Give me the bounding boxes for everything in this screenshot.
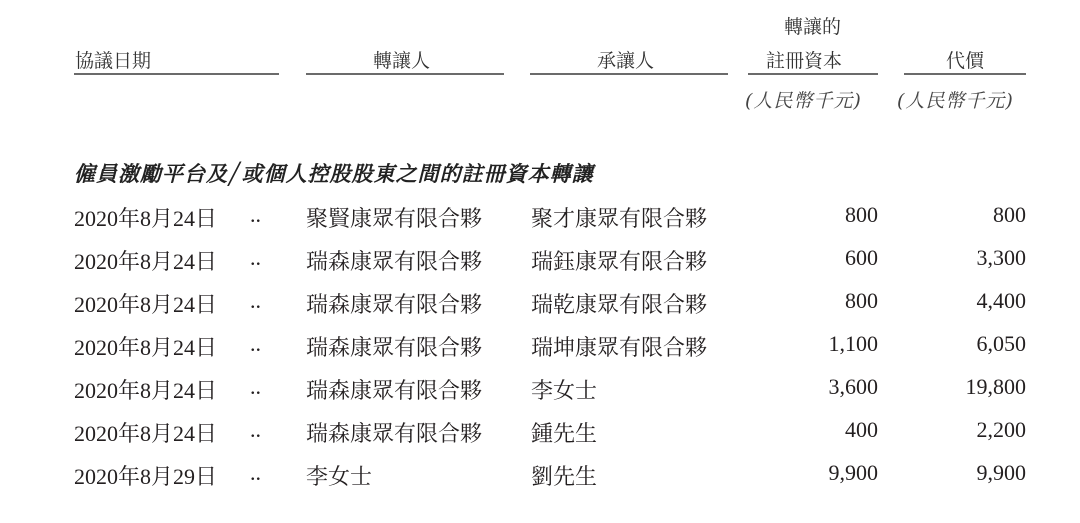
leader-dots: .. [250, 288, 261, 314]
cell-consideration: 19,800 [966, 374, 1027, 400]
leader-dots: .. [250, 460, 261, 486]
cell-transferor: 聚賢康眾有限合夥 [306, 202, 482, 233]
leader-dots: .. [250, 245, 261, 271]
cell-transferor: 李女士 [306, 460, 372, 491]
cell-transferor: 瑞森康眾有限合夥 [306, 331, 482, 362]
leader-dots: .. [250, 202, 261, 228]
cell-consideration: 3,300 [977, 245, 1027, 271]
header-rule-transferee [530, 73, 728, 75]
cell-date: 2020年8月24日 [74, 245, 217, 276]
cell-transferor: 瑞森康眾有限合夥 [306, 288, 482, 319]
leader-dots: .. [250, 417, 261, 443]
header-date: 協議日期 [75, 46, 151, 73]
header-rule-date [74, 73, 279, 75]
cell-registered-capital: 600 [845, 245, 878, 271]
header-transferee: 承讓人 [597, 46, 654, 73]
cell-date: 2020年8月24日 [74, 417, 217, 448]
section-title: 僱員激勵平台及╱或個人控股股東之間的註冊資本轉讓 [74, 158, 594, 188]
header-registered-capital-line1: 轉讓的 [784, 12, 841, 39]
header-consideration: 代價 [946, 46, 984, 73]
header-rule-registered-capital [748, 73, 878, 75]
cell-consideration: 6,050 [977, 331, 1027, 357]
cell-transferee: 瑞鈺康眾有限合夥 [531, 245, 707, 276]
header-rule-transferor [306, 73, 504, 75]
cell-date: 2020年8月24日 [74, 288, 217, 319]
leader-dots: .. [250, 374, 261, 400]
cell-registered-capital: 400 [845, 417, 878, 443]
cell-registered-capital: 800 [845, 202, 878, 228]
cell-registered-capital: 1,100 [829, 331, 879, 357]
cell-consideration: 2,200 [977, 417, 1027, 443]
table-row: 2020年8月24日 .. 聚賢康眾有限合夥 聚才康眾有限合夥 800 800 [0, 202, 1080, 242]
cell-registered-capital: 3,600 [829, 374, 879, 400]
header-rule-consideration [904, 73, 1026, 75]
unit-consideration: (人民幣千元) [897, 86, 1014, 113]
cell-transferor: 瑞森康眾有限合夥 [306, 374, 482, 405]
cell-consideration: 9,900 [977, 460, 1027, 486]
cell-transferee: 瑞乾康眾有限合夥 [531, 288, 707, 319]
table-row: 2020年8月24日 .. 瑞森康眾有限合夥 瑞乾康眾有限合夥 800 4,40… [0, 288, 1080, 328]
header-registered-capital-line2: 註冊資本 [766, 46, 842, 73]
table-row: 2020年8月24日 .. 瑞森康眾有限合夥 瑞鈺康眾有限合夥 600 3,30… [0, 245, 1080, 285]
cell-date: 2020年8月24日 [74, 202, 217, 233]
table-row: 2020年8月29日 .. 李女士 劉先生 9,900 9,900 [0, 460, 1080, 500]
cell-date: 2020年8月29日 [74, 460, 217, 491]
table-row: 2020年8月24日 .. 瑞森康眾有限合夥 李女士 3,600 19,800 [0, 374, 1080, 414]
cell-transferee: 瑞坤康眾有限合夥 [531, 331, 707, 362]
unit-registered-capital: (人民幣千元) [745, 86, 862, 113]
cell-transferee: 李女士 [531, 374, 597, 405]
table-row: 2020年8月24日 .. 瑞森康眾有限合夥 鍾先生 400 2,200 [0, 417, 1080, 457]
cell-date: 2020年8月24日 [74, 331, 217, 362]
cell-registered-capital: 9,900 [829, 460, 879, 486]
cell-consideration: 800 [993, 202, 1026, 228]
cell-transferee: 聚才康眾有限合夥 [531, 202, 707, 233]
cell-transferor: 瑞森康眾有限合夥 [306, 245, 482, 276]
cell-transferor: 瑞森康眾有限合夥 [306, 417, 482, 448]
cell-consideration: 4,400 [977, 288, 1027, 314]
cell-transferee: 鍾先生 [531, 417, 597, 448]
cell-date: 2020年8月24日 [74, 374, 217, 405]
cell-transferee: 劉先生 [531, 460, 597, 491]
leader-dots: .. [250, 331, 261, 357]
table-row: 2020年8月24日 .. 瑞森康眾有限合夥 瑞坤康眾有限合夥 1,100 6,… [0, 331, 1080, 371]
header-transferor: 轉讓人 [373, 46, 430, 73]
cell-registered-capital: 800 [845, 288, 878, 314]
